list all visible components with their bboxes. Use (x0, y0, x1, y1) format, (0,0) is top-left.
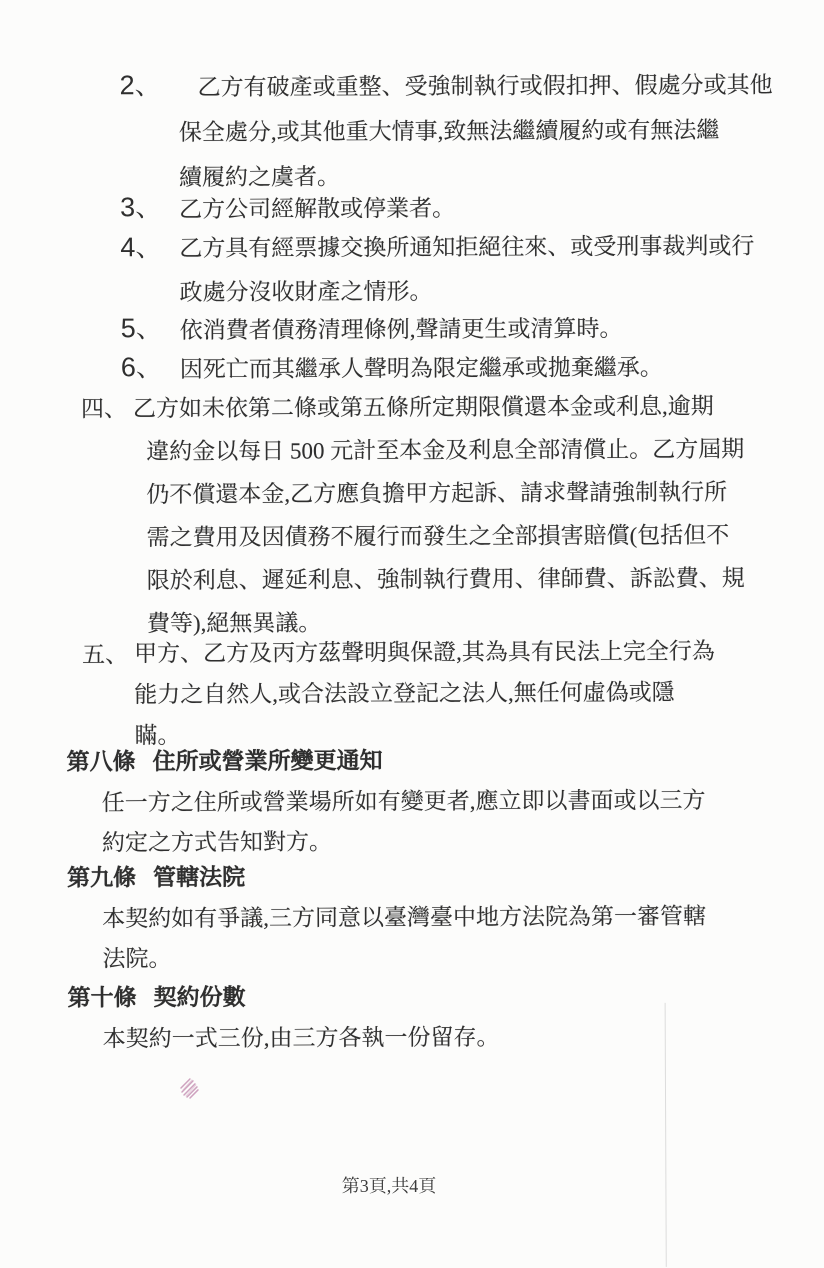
article-heading: 第十條契約份數 (68, 979, 246, 1013)
article-title: 契約份數 (154, 985, 246, 1010)
article-title: 住所或營業所變更通知 (152, 748, 382, 774)
pen-scribble-mark (178, 1075, 204, 1103)
text-line: 違約金以每日 500 元計至本金及利息全部清償止。乙方屆期 (133, 427, 793, 473)
article-heading: 第八條住所或營業所變更通知 (66, 742, 382, 776)
clause-item: 四、 乙方如未依第二條或第五條所定期限償還本金或利息,逾期 違約金以每日 500… (81, 384, 794, 645)
text-line: 乙方如未依第二條或第五條所定期限償還本金或利息,逾期 (133, 384, 793, 430)
text-line: 保全處分,或其他重大情事,致無法繼續履約或有無法繼 (179, 107, 792, 155)
article-title: 管轄法院 (153, 865, 245, 890)
text-line: 約定之方式告知對方。 (102, 820, 795, 863)
text-line: 仍不償還本金,乙方應負擔甲方起訴、請求聲請強制執行所 (133, 470, 793, 516)
list-item: 4、 乙方具有經票據交換所通知拒絕往來、或受刑事裁判或行 政處分沒收財產之情形。 (120, 224, 792, 315)
item-number: 4、 (120, 225, 162, 264)
article-number: 第十條 (68, 985, 137, 1010)
text-line: 本契約一式三份,由三方各執一份留存。 (103, 1016, 796, 1059)
item-number: 5、 (121, 306, 163, 345)
text-line: 任一方之住所或營業場所如有變更者,應立即以書面或以三方 (102, 780, 795, 823)
item-number: 6、 (121, 345, 163, 384)
text-line: 本契約如有爭議,三方同意以臺灣臺中地方法院為第一審管轄 (102, 896, 795, 939)
scanned-contract-page: 2、 乙方有破產或重整、受強制執行或假扣押、假處分或其他 保全處分,或其他重大情… (0, 0, 824, 1268)
page-content: 2、 乙方有破產或重整、受強制執行或假扣押、假處分或其他 保全處分,或其他重大情… (0, 0, 824, 1268)
text-line: 能力之自然人,或合法設立登記之法人,無任何虛偽或隱 (134, 671, 794, 715)
list-item: 2、 乙方有破產或重整、受強制執行或假扣押、假處分或其他 保全處分,或其他重大情… (120, 62, 793, 200)
page-indicator: 第3頁,共4頁 (342, 1176, 437, 1196)
article-heading: 第九條管轄法院 (67, 859, 245, 893)
text-line: 乙方具有經票據交換所通知拒絕往來、或受刑事裁判或行 (179, 224, 792, 271)
item-number: 四、 (81, 387, 127, 430)
item-text: 乙方具有經票據交換所通知拒絕往來、或受刑事裁判或行 政處分沒收財產之情形。 (179, 224, 792, 315)
article-body: 本契約如有爭議,三方同意以臺灣臺中地方法院為第一審管轄 法院。 (102, 896, 795, 979)
article-body: 本契約一式三份,由三方各執一份留存。 (103, 1016, 796, 1059)
item-text: 乙方有破產或重整、受強制執行或假扣押、假處分或其他 保全處分,或其他重大情事,致… (179, 62, 793, 200)
item-text: 乙方如未依第二條或第五條所定期限償還本金或利息,逾期 違約金以每日 500 元計… (133, 384, 794, 645)
text-line: 限於利息、遲延利息、強制執行費用、律師費、訴訟費、規 (134, 556, 794, 602)
article-number: 第九條 (67, 865, 136, 890)
item-number: 2、 (120, 63, 162, 102)
item-number: 3、 (120, 185, 162, 224)
text-line: 法院。 (102, 936, 795, 979)
article-number: 第八條 (67, 749, 136, 774)
text-line: 需之費用及因債務不履行而發生之全部損害賠償(包括但不 (133, 513, 793, 559)
clause-item: 五、 甲方、乙方及丙方茲聲明與保證,其為具有民法上完全行為 能力之自然人,或合法… (82, 630, 795, 756)
article-body: 任一方之住所或營業場所如有變更者,應立即以書面或以三方 約定之方式告知對方。 (102, 780, 795, 863)
item-number: 五、 (82, 633, 128, 676)
text-line: 甲方、乙方及丙方茲聲明與保證,其為具有民法上完全行為 (134, 630, 794, 674)
page-footer: 第3頁,共4頁 (0, 1172, 801, 1198)
item-text: 甲方、乙方及丙方茲聲明與保證,其為具有民法上完全行為 能力之自然人,或合法設立登… (134, 630, 795, 756)
text-line: 乙方有破產或重整、受強制執行或假扣押、假處分或其他 (179, 62, 792, 110)
